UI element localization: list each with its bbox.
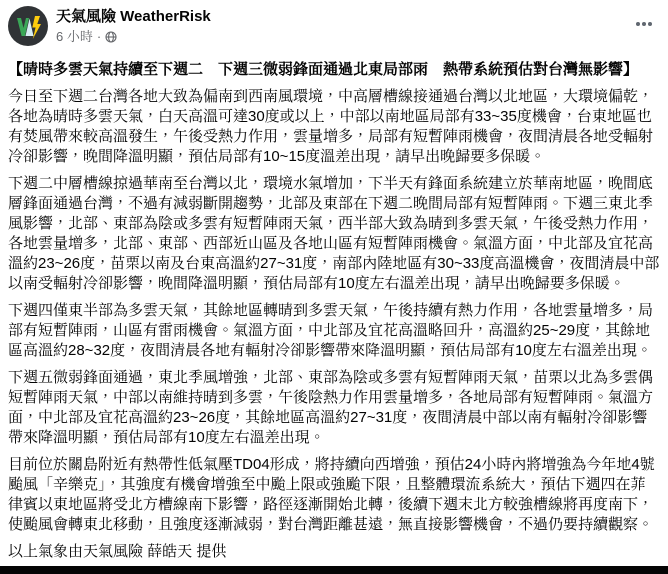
attached-image-top-edge bbox=[0, 566, 668, 574]
post-header: 天氣風險 WeatherRisk 6 小時 · bbox=[0, 0, 668, 47]
header-text: 天氣風險 WeatherRisk 6 小時 · bbox=[56, 6, 211, 45]
post-paragraph: 下週二中層槽線掠過華南至台灣以北，環境水氣增加，下半天有鋒面系統建立於華南地區，… bbox=[8, 174, 660, 294]
facebook-post: 天氣風險 WeatherRisk 6 小時 · bbox=[0, 0, 668, 574]
post-meta: 6 小時 · bbox=[56, 29, 211, 45]
page-avatar[interactable] bbox=[8, 6, 48, 46]
post-paragraph: 目前位於關島附近有熱帶性低氣壓TD04形成，將持續向西增強，預估24小時內將增強… bbox=[8, 455, 660, 535]
post-body: 【晴時多雲天氣持續至下週二 下週三微弱鋒面通過北東局部雨 熱帶系統預估對台灣無影… bbox=[0, 60, 668, 562]
post-paragraph: 下週四僅東半部為多雲天氣，其餘地區轉晴到多雲天氣，午後持續有熱力作用，各地雲量增… bbox=[8, 301, 660, 361]
timestamp[interactable]: 6 小時 bbox=[56, 29, 93, 45]
post-headline: 【晴時多雲天氣持續至下週二 下週三微弱鋒面通過北東局部雨 熱帶系統預估對台灣無影… bbox=[8, 60, 660, 80]
ellipsis-icon bbox=[634, 14, 654, 39]
post-paragraph: 下週五微弱鋒面通過，東北季風增強，北部、東部為陰或多雲有短暫陣雨天氣，苗栗以北為… bbox=[8, 368, 660, 448]
page-name[interactable]: 天氣風險 WeatherRisk bbox=[56, 7, 211, 27]
globe-icon bbox=[105, 31, 117, 43]
post-credit: 以上氣象由天氣風險 薛皓天 提供 bbox=[8, 542, 660, 562]
weatherrisk-logo-icon bbox=[8, 6, 48, 46]
meta-separator: · bbox=[97, 29, 101, 45]
post-paragraph: 今日至下週二台灣各地大致為偏南到西南風環境，中高層槽線接通過台灣以北地區，大環境… bbox=[8, 87, 660, 167]
more-options-button[interactable] bbox=[626, 6, 660, 47]
